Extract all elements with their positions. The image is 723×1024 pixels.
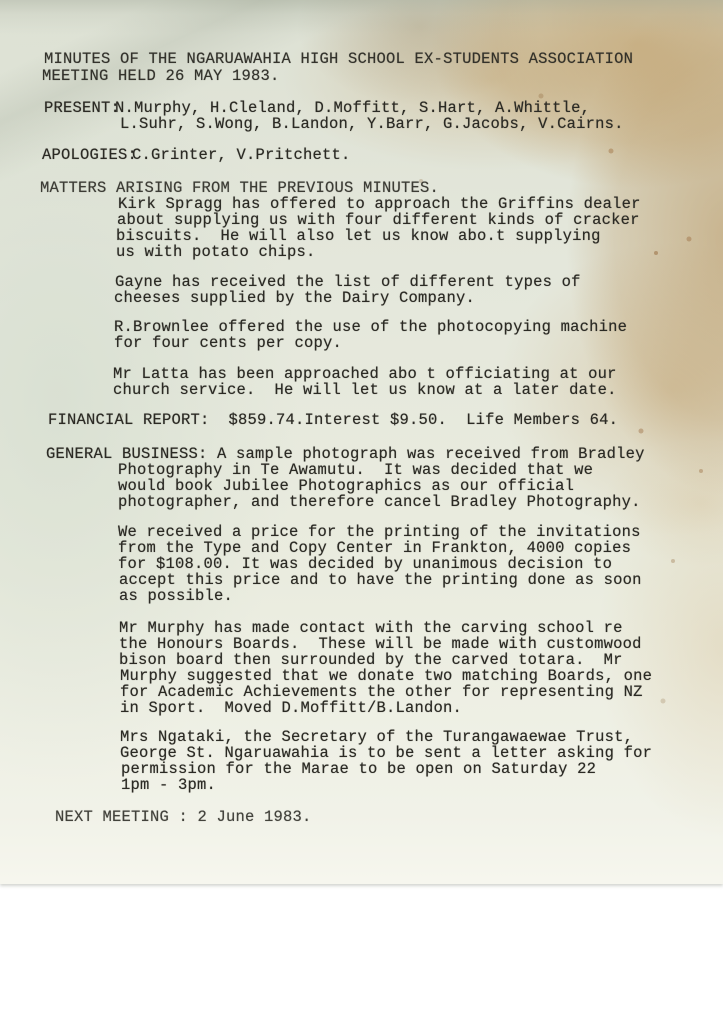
text-line: PRESENT: — [44, 100, 120, 116]
text-line: MEETING HELD 26 MAY 1983. — [42, 68, 280, 84]
text-line: church service. He will let us know at a… — [113, 382, 617, 398]
scan-viewport: MINUTES OF THE NGARUAWAHIA HIGH SCHOOL E… — [0, 0, 723, 1024]
text-line: about supplying us with four different k… — [117, 212, 640, 228]
text-line: the Honours Boards. These will be made w… — [119, 636, 642, 652]
text-line: C.Grinter, V.Pritchett. — [132, 147, 351, 163]
text-line: NEXT MEETING : 2 June 1983. — [55, 809, 312, 825]
text-line: FINANCIAL REPORT: $859.74.Interest $9.50… — [48, 412, 618, 428]
text-line: Mr Latta has been approached abo t offic… — [113, 366, 617, 382]
text-line: 1pm - 3pm. — [121, 777, 216, 793]
text-line: permission for the Marae to be open on S… — [121, 761, 596, 777]
text-line: L.Suhr, S.Wong, B.Landon, Y.Barr, G.Jaco… — [120, 116, 624, 132]
text-line: We received a price for the printing of … — [118, 524, 641, 540]
text-line: for Academic Achievements the other for … — [120, 684, 643, 700]
text-line: Murphy suggested that we donate two matc… — [120, 668, 652, 684]
text-line: photographer, and therefore cancel Bradl… — [118, 494, 641, 510]
text-line: Mr Murphy has made contact with the carv… — [119, 620, 623, 636]
text-line: George St. Ngaruawahia is to be sent a l… — [120, 745, 652, 761]
text-line: from the Type and Copy Center in Frankto… — [118, 540, 631, 556]
text-line: Kirk Spragg has offered to approach the … — [118, 196, 641, 212]
text-line: would book Jubilee Photographics as our … — [118, 478, 574, 494]
text-line: R.Brownlee offered the use of the photoc… — [114, 319, 627, 335]
text-line: APOLOGIES: — [42, 147, 137, 163]
text-line: us with potato chips. — [116, 244, 316, 260]
text-line: biscuits. He will also let us know abo.t… — [116, 228, 601, 244]
paper-stain-specks — [0, 0, 2, 2]
text-line: Mrs Ngataki, the Secretary of the Turang… — [120, 729, 633, 745]
text-line: for four cents per copy. — [114, 335, 342, 351]
scanned-page: MINUTES OF THE NGARUAWAHIA HIGH SCHOOL E… — [0, 0, 723, 884]
text-line: N.Murphy, H.Cleland, D.Moffitt, S.Hart, … — [115, 100, 590, 116]
text-line: bison board then surrounded by the carve… — [119, 652, 623, 668]
text-line: Gayne has received the list of different… — [115, 274, 581, 290]
text-line: accept this price and to have the printi… — [119, 572, 642, 588]
text-line: in Sport. Moved D.Moffitt/B.Landon. — [120, 700, 462, 716]
text-line: MATTERS ARISING FROM THE PREVIOUS MINUTE… — [40, 180, 439, 196]
text-line: GENERAL BUSINESS: A sample photograph wa… — [46, 446, 645, 462]
text-line: MINUTES OF THE NGARUAWAHIA HIGH SCHOOL E… — [44, 51, 633, 67]
text-line: cheeses supplied by the Dairy Company. — [114, 290, 475, 306]
text-line: for $108.00. It was decided by unanimous… — [118, 556, 612, 572]
text-line: as possible. — [119, 588, 233, 604]
text-line: Photography in Te Awamutu. It was decide… — [118, 462, 593, 478]
